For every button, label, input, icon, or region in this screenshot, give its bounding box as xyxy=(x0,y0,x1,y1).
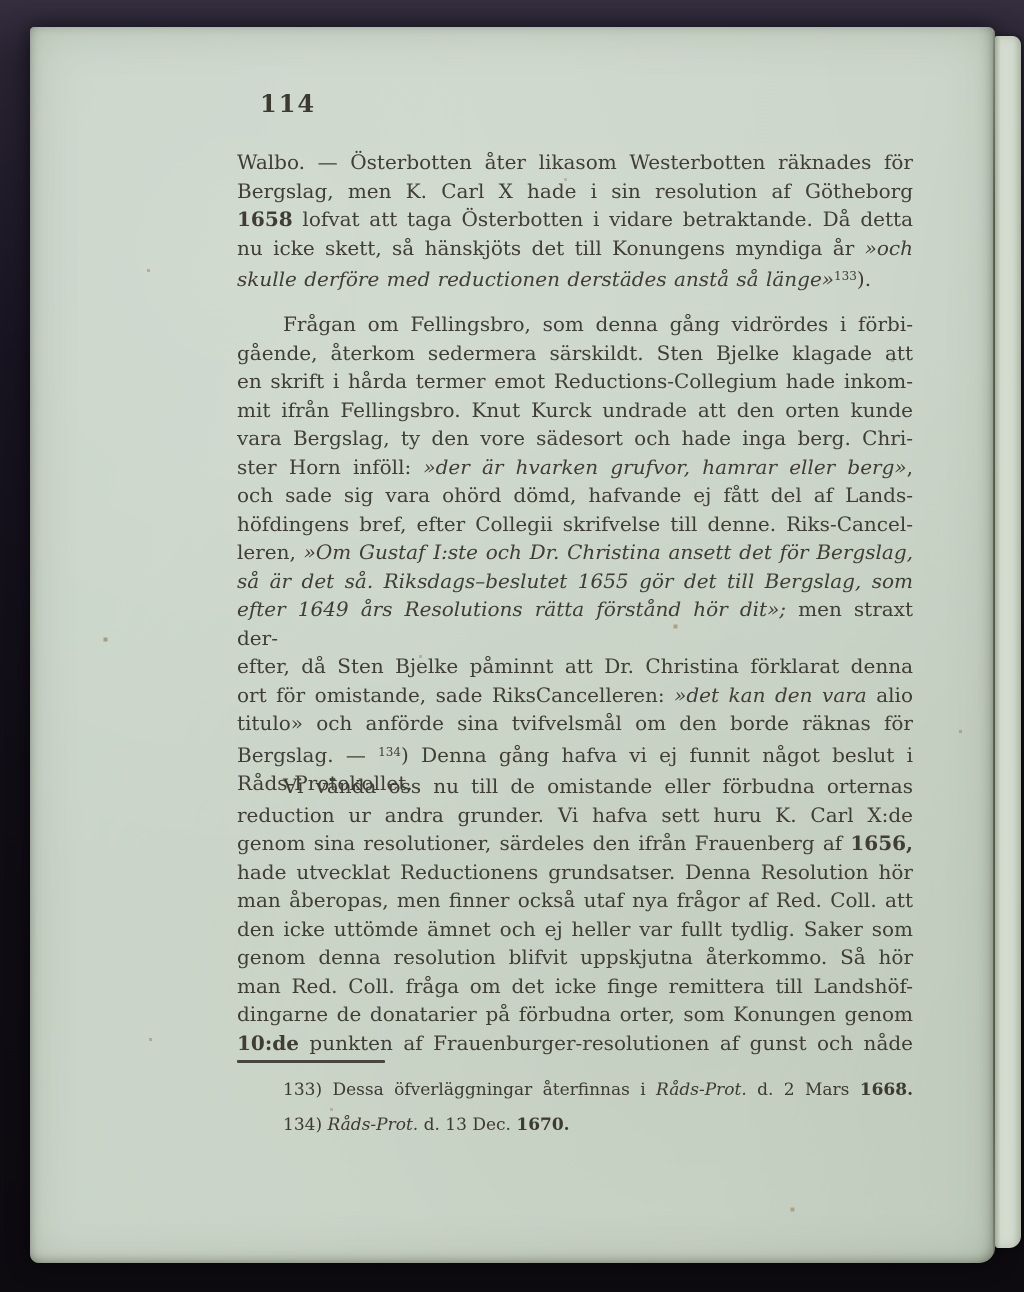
text-line: ort för omistande, sade RiksCancelleren:… xyxy=(237,681,913,710)
footnotes: 133) Dessa öfverläggningar återfinnas i … xyxy=(283,1073,913,1142)
text-line: efter, då Sten Bjelke påminnt att Dr. Ch… xyxy=(237,652,913,681)
text-segment: 10:de xyxy=(237,1031,299,1055)
text-segment: 134) xyxy=(283,1115,327,1135)
book-page: 114 Walbo. — Österbotten åter likasom We… xyxy=(30,27,995,1263)
text-segment: Vi vända oss nu till de omistande eller … xyxy=(283,774,913,798)
text-line: titulo» och anförde sina tvifvelsmål om … xyxy=(237,709,913,738)
text-segment: Bergslag. — xyxy=(237,743,378,767)
text-line: vara Bergslag, ty den vore sädesort och … xyxy=(237,424,913,453)
text-segment: höfdingens bref, efter Collegii skrifvel… xyxy=(237,512,913,536)
text-line: 10:de punkten af Frauenburger-resolution… xyxy=(237,1029,913,1058)
text-segment: Frågan om Fellingsbro, som denna gång vi… xyxy=(283,312,913,336)
text-line: Bergslag, men K. Carl X hade i sin resol… xyxy=(237,177,913,206)
text-line: så är det så. Riksdags–beslutet 1655 gör… xyxy=(237,567,913,596)
text-line: reduction ur andra grunder. Vi hafva set… xyxy=(237,801,913,830)
text-segment: mit ifrån Fellingsbro. Knut Kurck undrad… xyxy=(237,398,913,422)
text-line: höfdingens bref, efter Collegii skrifvel… xyxy=(237,510,913,539)
footnote-divider xyxy=(237,1060,385,1063)
text-line: skulle derföre med reductionen derstädes… xyxy=(237,262,913,294)
text-line: dingarne de donatarier på förbudna orter… xyxy=(237,1000,913,1029)
paper-specks xyxy=(30,27,31,28)
text-line: man Red. Coll. fråga om det icke finge r… xyxy=(237,972,913,1001)
text-segment: ster Horn inföll: xyxy=(237,455,423,479)
text-segment: en skrift i hårda termer emot Reductions… xyxy=(237,369,913,393)
text-segment: gående, återkom sedermera särskildt. Ste… xyxy=(237,341,913,365)
text-segment: 1658 xyxy=(237,207,293,231)
text-segment: dingarne de donatarier på förbudna orter… xyxy=(237,1002,913,1026)
text-segment: vara Bergslag, ty den vore sädesort och … xyxy=(237,426,913,450)
text-segment: 1656, xyxy=(850,831,913,855)
text-segment: 1668. xyxy=(860,1080,913,1100)
text-segment: ). xyxy=(857,267,871,291)
text-segment: leren, xyxy=(237,540,304,564)
text-segment: man åberopas, men finner också utaf nya … xyxy=(237,888,913,912)
text-segment: och anförde sina tvifvelsmål om den bord… xyxy=(303,711,913,735)
text-segment: »det kan den vara xyxy=(674,683,876,707)
paragraph-1: Walbo. — Österbotten åter likasom Wester… xyxy=(237,148,913,294)
text-segment: Walbo. — Österbotten åter likasom Wester… xyxy=(237,150,913,174)
text-segment: »Om Gustaf I:ste och Dr. Christina anset… xyxy=(304,540,913,564)
page-number: 114 xyxy=(260,89,316,118)
text-segment: alio xyxy=(876,683,913,707)
text-line: gående, återkom sedermera särskildt. Ste… xyxy=(237,339,913,368)
text-line: en skrift i hårda termer emot Reductions… xyxy=(237,367,913,396)
text-line: efter 1649 års Resolutions rätta förstån… xyxy=(237,595,913,652)
paragraph-3: Vi vända oss nu till de omistande eller … xyxy=(237,772,913,1057)
text-segment: reduction ur andra grunder. Vi hafva set… xyxy=(237,803,913,827)
text-line: man åberopas, men finner också utaf nya … xyxy=(237,886,913,915)
text-line: Bergslag. — 134) Denna gång hafva vi ej … xyxy=(237,738,913,770)
text-segment: 133) Dessa öfverläggningar återfinnas i xyxy=(283,1080,656,1100)
text-segment: lofvat att taga Österbotten i vidare bet… xyxy=(293,207,913,231)
text-segment: Råds-Prot. xyxy=(656,1080,747,1100)
text-segment: punkten af Frauenburger-resolutionen af … xyxy=(299,1031,913,1055)
text-line: genom denna resolution blifvit uppskjutn… xyxy=(237,943,913,972)
text-segment: Bergslag, men K. Carl X hade i sin resol… xyxy=(237,179,913,203)
text-line: Vi vända oss nu till de omistande eller … xyxy=(237,772,913,801)
footnote-reference: 134 xyxy=(378,745,401,759)
text-line: 1658 lofvat att taga Österbotten i vidar… xyxy=(237,205,913,234)
text-segment: »der är hvarken grufvor, hamrar eller be… xyxy=(423,455,906,479)
paragraph-2: Frågan om Fellingsbro, som denna gång vi… xyxy=(237,310,913,798)
text-segment: hade utvecklat Reductionens grundsatser.… xyxy=(237,860,913,884)
text-segment: efter, då Sten Bjelke påminnt att Dr. Ch… xyxy=(237,654,913,678)
text-segment: den icke uttömde ämnet och ej heller var… xyxy=(237,917,913,941)
text-line: 134) Råds-Prot. d. 13 Dec. 1670. xyxy=(283,1108,913,1143)
text-segment: skulle derföre med reductionen derstädes… xyxy=(237,267,834,291)
text-line: genom sina resolutioner, särdeles den if… xyxy=(237,829,913,858)
text-line: den icke uttömde ämnet och ej heller var… xyxy=(237,915,913,944)
text-line: Frågan om Fellingsbro, som denna gång vi… xyxy=(237,310,913,339)
text-line: nu icke skett, så hänskjöts det till Kon… xyxy=(237,234,913,263)
text-segment: »och xyxy=(865,236,913,260)
text-segment: efter 1649 års Resolutions rätta förstån… xyxy=(237,597,786,621)
text-segment: , xyxy=(907,455,913,479)
text-line: leren, »Om Gustaf I:ste och Dr. Christin… xyxy=(237,538,913,567)
text-line: hade utvecklat Reductionens grundsatser.… xyxy=(237,858,913,887)
next-page-edge xyxy=(995,36,1021,1248)
text-segment: 1670. xyxy=(516,1115,569,1135)
text-segment: genom sina resolutioner, särdeles den if… xyxy=(237,831,850,855)
text-segment: nu icke skett, så hänskjöts det till Kon… xyxy=(237,236,865,260)
text-segment: ort för omistande, sade RiksCancelleren: xyxy=(237,683,674,707)
text-line: mit ifrån Fellingsbro. Knut Kurck undrad… xyxy=(237,396,913,425)
text-segment: ) Denna gång hafva vi ej funnit något be… xyxy=(401,743,913,767)
text-segment: titulo» xyxy=(237,711,303,735)
text-segment: Råds-Prot. xyxy=(327,1115,418,1135)
text-line: ster Horn inföll: »der är hvarken grufvo… xyxy=(237,453,913,482)
text-segment: och sade sig vara ohörd dömd, hafvande e… xyxy=(237,483,913,507)
text-segment: d. 13 Dec. xyxy=(418,1115,516,1135)
text-line: Walbo. — Österbotten åter likasom Wester… xyxy=(237,148,913,177)
text-segment: d. 2 Mars xyxy=(747,1080,860,1100)
text-line: 133) Dessa öfverläggningar återfinnas i … xyxy=(283,1073,913,1108)
footnote-reference: 133 xyxy=(834,269,857,283)
text-segment: så är det så. Riksdags–beslutet 1655 gör… xyxy=(237,569,913,593)
text-segment: man Red. Coll. fråga om det icke finge r… xyxy=(237,974,913,998)
text-line: och sade sig vara ohörd dömd, hafvande e… xyxy=(237,481,913,510)
text-segment: genom denna resolution blifvit uppskjutn… xyxy=(237,945,913,969)
